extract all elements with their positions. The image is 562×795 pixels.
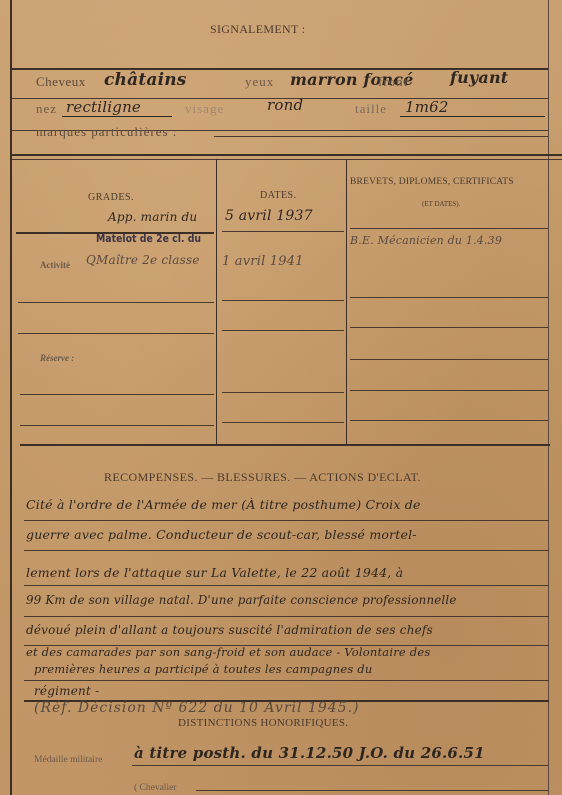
row-line bbox=[18, 333, 214, 334]
yeux-label: yeux bbox=[245, 74, 274, 90]
row-line bbox=[350, 327, 548, 328]
front-value: fuyant bbox=[450, 68, 508, 87]
recompense-line-3: lement lors de l'attaque sur La Valette,… bbox=[26, 565, 403, 580]
taille-underline bbox=[400, 116, 545, 117]
medaille-value: à titre posth. du 31.12.50 J.O. du 26.6.… bbox=[134, 744, 485, 762]
line-underline bbox=[24, 616, 549, 617]
activite-label: Activité bbox=[40, 260, 70, 270]
grades-header: GRADES. bbox=[88, 192, 134, 203]
row-line bbox=[350, 297, 548, 298]
dates-header: DATES. bbox=[260, 190, 297, 201]
medaille-line bbox=[132, 765, 548, 766]
chevalier-label: ( Chevalier bbox=[134, 783, 176, 793]
row-line bbox=[20, 394, 214, 395]
chevalier-line bbox=[196, 790, 548, 791]
row-line bbox=[18, 302, 214, 303]
brevets-header: BREVETS, DIPLOMES, CERTIFICATS bbox=[350, 177, 514, 187]
recompense-line-2: guerre avec palme. Conducteur de scout-c… bbox=[26, 527, 417, 542]
brevet-row2: B.E. Mécanicien du 1.4.39 bbox=[350, 234, 502, 247]
recompense-line-8: régiment - bbox=[34, 684, 99, 698]
row-divider bbox=[350, 228, 548, 229]
cheveux-value: châtains bbox=[104, 70, 187, 90]
col-divider bbox=[346, 159, 347, 444]
recompenses-heading: RECOMPENSES. — BLESSURES. — ACTIONS D'EC… bbox=[104, 470, 421, 485]
recompense-line-1: Cité à l'ordre de l'Armée de mer (À titr… bbox=[26, 497, 421, 512]
line-underline bbox=[24, 520, 549, 521]
line-underline bbox=[24, 585, 549, 586]
signalement-heading: SIGNALEMENT : bbox=[210, 22, 305, 37]
line-underline bbox=[24, 680, 549, 681]
recompense-line-5: dévoué plein d'allant a toujours suscité… bbox=[26, 623, 433, 637]
medaille-label: Médaille militaire bbox=[34, 755, 102, 765]
row-line bbox=[222, 330, 344, 331]
line-underline bbox=[24, 550, 549, 551]
reserve-label: Réserve : bbox=[40, 353, 74, 363]
row-divider bbox=[222, 231, 344, 232]
section-divider bbox=[12, 159, 562, 160]
row-line bbox=[20, 425, 214, 426]
visage-value: rond bbox=[267, 96, 303, 114]
nez-underline bbox=[62, 116, 172, 117]
section-divider bbox=[20, 444, 550, 446]
row-line bbox=[350, 420, 548, 421]
recompense-reference: (Réf. Décision Nº 622 du 10 Avril 1945.) bbox=[34, 700, 360, 716]
grade-row2: QMaître 2e classe bbox=[86, 253, 200, 267]
right-border bbox=[548, 0, 549, 795]
section-divider bbox=[12, 154, 562, 156]
recompense-line-7: premières heures a participé à toutes le… bbox=[34, 662, 372, 676]
distinctions-heading: DISTINCTIONS HONORIFIQUES. bbox=[178, 717, 348, 729]
front-label: front bbox=[378, 74, 408, 90]
left-border bbox=[10, 0, 12, 795]
visage-label: visage bbox=[185, 101, 224, 117]
taille-value: 1m62 bbox=[405, 98, 449, 116]
nez-value: rectiligne bbox=[66, 98, 141, 116]
marques-line bbox=[214, 136, 548, 137]
row-line bbox=[222, 422, 344, 423]
marques-label: marques particulières : bbox=[36, 124, 177, 140]
date-row1: 5 avril 1937 bbox=[225, 208, 313, 224]
nez-label: nez bbox=[36, 101, 57, 117]
recompense-line-6: et des camarades par son sang-froid et s… bbox=[26, 645, 430, 659]
row-line bbox=[222, 300, 344, 301]
grade-row1: App. marin du bbox=[108, 210, 197, 224]
date-row2: 1 avril 1941 bbox=[222, 254, 304, 269]
cheveux-label: Cheveux bbox=[36, 74, 86, 90]
grade-stamp: Matelot de 2e cl. du bbox=[96, 232, 201, 245]
taille-label: taille bbox=[355, 101, 387, 117]
row-line bbox=[222, 392, 344, 393]
col-divider bbox=[216, 159, 217, 444]
recompense-line-4: 99 Km de son village natal. D'une parfai… bbox=[26, 593, 457, 607]
row-line bbox=[350, 359, 548, 360]
brevets-subheader: (ET DATES). bbox=[422, 200, 460, 208]
row-line bbox=[350, 390, 548, 391]
